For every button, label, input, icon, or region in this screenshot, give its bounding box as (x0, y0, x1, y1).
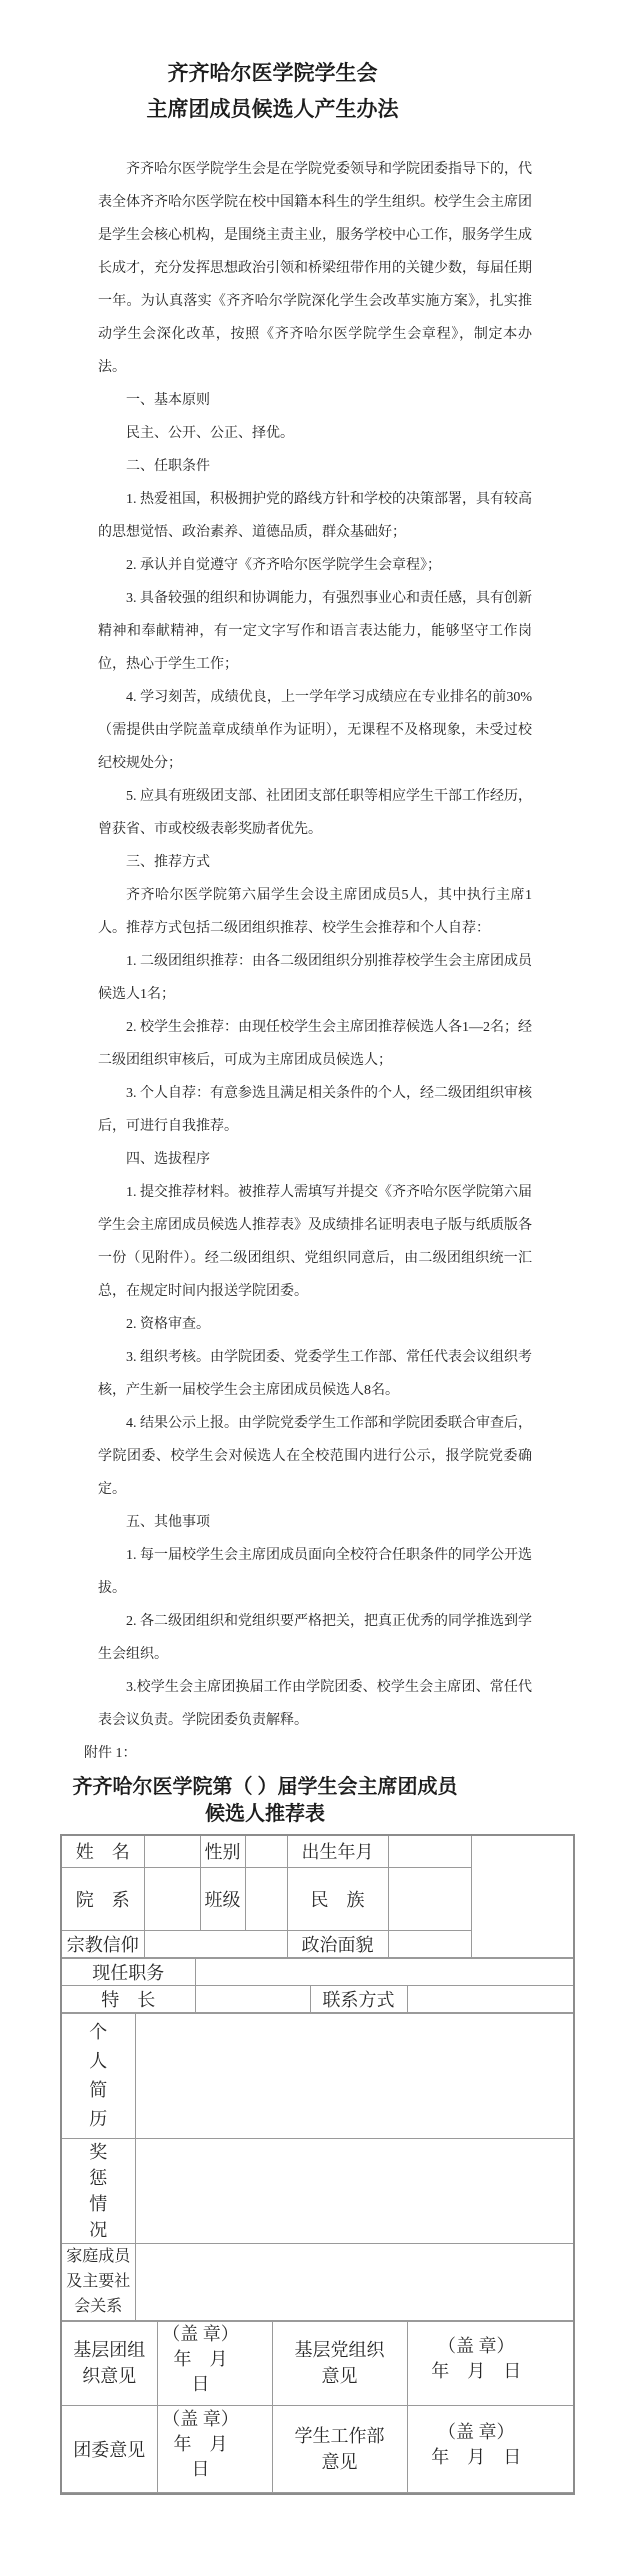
field-value-class (245, 1867, 287, 1930)
document-title-line2: 主席团成员候选人产生办法 (0, 91, 545, 127)
paragraph-other-1: 1. 每一届校学生会主席团成员面向全校符合任职条件的同学公开选拔。 (98, 1539, 532, 1605)
field-value-department (144, 1867, 200, 1930)
field-label-personal-resume: 个人简历 (62, 2013, 135, 2138)
stamp-note: （盖 章） (158, 2322, 244, 2347)
field-value-current-position (195, 1958, 573, 1985)
recommendation-form-table: 姓 名 性别 出生年月 院 系 班级 民 族 宗教信仰 政治面貌 (60, 1834, 575, 2495)
heading-other-matters: 五、其他事项 (98, 1506, 532, 1539)
paragraph-qualification-1: 1. 热爱祖国，积极拥护党的路线方针和学校的决策部署，具有较高的思想觉悟、政治素… (98, 483, 532, 549)
league-branch-stamp-area: （盖 章） 年 月 日 (157, 2321, 272, 2405)
student-affairs-label-text: 学生工作部意见 (293, 2423, 387, 2475)
field-label-ethnicity: 民 族 (287, 1867, 388, 1930)
date-line: 年 月 日 (408, 2359, 546, 2384)
field-value-rewards-punishments (135, 2138, 573, 2243)
stamp-note: （盖 章） (408, 2420, 546, 2445)
document-title: 齐齐哈尔医学院学生会 主席团成员候选人产生办法 (0, 55, 545, 127)
field-label-family-members: 家庭成员及主要社会关系 (62, 2243, 135, 2320)
paragraph-qualification-4: 4. 学习刻苦，成绩优良，上一学年学习成绩应在专业排名的前30%（需提供由学院盖… (98, 681, 532, 780)
form-section-position: 现任职务 特 长 联系方式 (62, 1958, 573, 2013)
field-label-contact: 联系方式 (310, 1985, 407, 2012)
field-label-birth: 出生年月 (287, 1836, 388, 1867)
field-label-gender: 性别 (200, 1836, 245, 1867)
paragraph-recommendation-2: 2. 校学生会推荐：由现任校学生会主席团推荐候选人各1—2名；经二级团组织审核后… (98, 1011, 532, 1077)
field-value-ethnicity (388, 1867, 471, 1930)
form-section-opinions: 基层团组织意见 （盖 章） 年 月 日 基层党组织意见 （盖 章） 年 月 日 … (62, 2321, 573, 2493)
paragraph-qualification-3: 3. 具备较强的组织和协调能力，有强烈事业心和责任感，具有创新精神和奉献精神，有… (98, 582, 532, 681)
field-label-rewards-punishments: 奖惩情况 (62, 2138, 135, 2243)
field-value-personal-resume (135, 2013, 573, 2138)
paragraph-procedure-1: 1. 提交推荐材料。被推荐人需填写并提交《齐齐哈尔医学院第六届学生会主席团成员候… (98, 1176, 532, 1308)
stamp-note: （盖 章） (158, 2407, 244, 2432)
paragraph-other-3: 3.校学生会主席团换届工作由学院团委、校学生会主席团、常任代表会议负责。学院团委… (98, 1671, 532, 1737)
field-label-name: 姓 名 (62, 1836, 144, 1867)
stamp-note: （盖 章） (408, 2334, 546, 2359)
document-body: 齐齐哈尔医学院学生会是在学院党委领导和学院团委指导下的，代表全体齐齐哈尔医学院在… (0, 153, 532, 1770)
league-committee-stamp-area: （盖 章） 年 月 日 (157, 2405, 272, 2492)
form-title-line1: 齐齐哈尔医学院第（ ）届学生会主席团成员 (0, 1774, 530, 1801)
heading-selection-procedure: 四、选拔程序 (98, 1143, 532, 1176)
field-value-religion (144, 1930, 287, 1957)
field-label-league-branch-opinion: 基层团组织意见 (62, 2321, 157, 2405)
field-value-specialty (195, 1985, 310, 2012)
document-title-line1: 齐齐哈尔医学院学生会 (0, 55, 545, 91)
paragraph-recommendation-1: 1. 二级团组织推荐：由各二级团组织分别推荐校学生会主席团成员候选人1名； (98, 945, 532, 1011)
form-title-line2: 候选人推荐表 (0, 1801, 530, 1828)
photo-box (471, 1836, 573, 1957)
field-label-league-committee-opinion: 团委意见 (62, 2405, 157, 2492)
paragraph-other-2: 2. 各二级团组织和党组织要严格把关，把真正优秀的同学推选到学生会组织。 (98, 1605, 532, 1671)
rewards-label-text: 奖惩情况 (87, 2139, 109, 2243)
student-affairs-stamp-area: （盖 章） 年 月 日 (407, 2405, 573, 2492)
form-title: 齐齐哈尔医学院第（ ）届学生会主席团成员 候选人推荐表 (0, 1774, 530, 1828)
date-line: 年 月 日 (408, 2445, 546, 2470)
field-label-specialty: 特 长 (62, 1985, 195, 2012)
attachment-label: 附件 1： (84, 1737, 532, 1770)
paragraph-qualification-5: 5. 应具有班级团支部、社团团支部任职等相应学生干部工作经历，曾获省、市或校级表… (98, 780, 532, 846)
field-value-family-members (135, 2243, 573, 2320)
field-label-political-status: 政治面貌 (287, 1930, 388, 1957)
paragraph-procedure-3: 3. 组织考核。由学院团委、党委学生工作部、常任代表会议组织考核，产生新一届校学… (98, 1341, 532, 1407)
field-value-name (144, 1836, 200, 1867)
heading-basic-principles: 一、基本原则 (98, 384, 532, 417)
party-branch-stamp-area: （盖 章） 年 月 日 (407, 2321, 573, 2405)
paragraph-intro: 齐齐哈尔医学院学生会是在学院党委领导和学院团委指导下的，代表全体齐齐哈尔医学院在… (98, 153, 532, 384)
party-branch-label-text: 基层党组织意见 (293, 2337, 387, 2389)
field-value-contact (407, 1985, 573, 2012)
field-label-student-affairs-opinion: 学生工作部意见 (272, 2405, 407, 2492)
field-label-religion: 宗教信仰 (62, 1930, 144, 1957)
date-line: 年 月 日 (158, 2432, 244, 2482)
page: 齐齐哈尔医学院学生会 主席团成员候选人产生办法 齐齐哈尔医学院学生会是在学院党委… (0, 0, 639, 2563)
family-label-text: 家庭成员及主要社会关系 (65, 2244, 132, 2319)
paragraph-recommendation-intro: 齐齐哈尔医学院第六届学生会设主席团成员5人，其中执行主席1人。推荐方式包括二级团… (98, 879, 532, 945)
field-value-birth (388, 1836, 471, 1867)
form-section-profile: 个人简历 奖惩情况 家庭成员及主要社会关系 (62, 2013, 573, 2321)
paragraph-procedure-2: 2. 资格审查。 (98, 1308, 532, 1341)
league-branch-label-text: 基层团组织意见 (71, 2337, 148, 2389)
date-line: 年 月 日 (158, 2347, 244, 2397)
paragraph-procedure-4: 4. 结果公示上报。由学院党委学生工作部和学院团委联合审查后，学院团委、校学生会… (98, 1407, 532, 1506)
field-value-political-status (388, 1930, 471, 1957)
paragraph-recommendation-3: 3. 个人自荐：有意参选且满足相关条件的个人，经二级团组织审核后，可进行自我推荐… (98, 1077, 532, 1143)
field-label-class: 班级 (200, 1867, 245, 1930)
heading-recommendation: 三、推荐方式 (98, 846, 532, 879)
form-section-identity: 姓 名 性别 出生年月 院 系 班级 民 族 宗教信仰 政治面貌 (62, 1836, 573, 1958)
field-label-current-position: 现任职务 (62, 1958, 195, 1985)
field-value-gender (245, 1836, 287, 1867)
personal-resume-label-text: 个人简历 (87, 2018, 109, 2134)
paragraph-qualification-2: 2. 承认并自觉遵守《齐齐哈尔医学院学生会章程》； (98, 549, 532, 582)
field-label-department: 院 系 (62, 1867, 144, 1930)
field-label-party-branch-opinion: 基层党组织意见 (272, 2321, 407, 2405)
paragraph-principles: 民主、公开、公正、择优。 (98, 417, 532, 450)
heading-qualifications: 二、任职条件 (98, 450, 532, 483)
